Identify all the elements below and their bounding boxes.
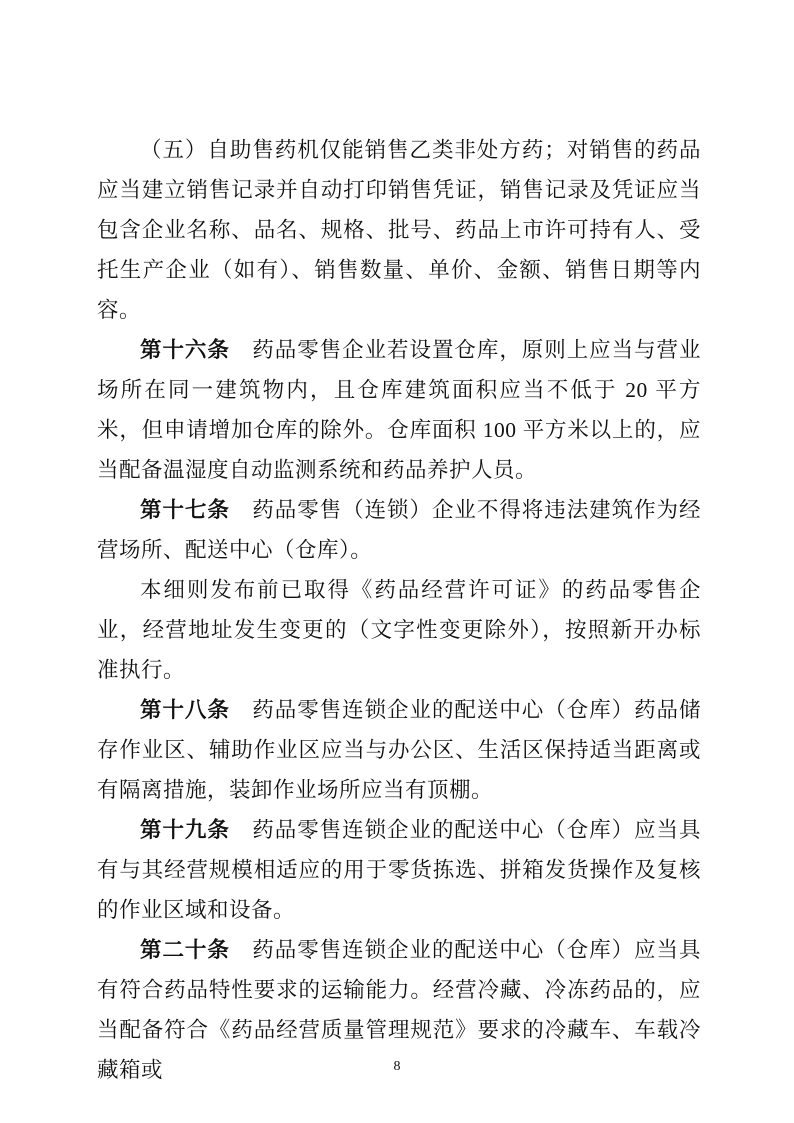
article-number: 第十六条 <box>140 338 230 362</box>
paragraph: 第十八条 药品零售连锁企业的配送中心（仓库）药品储存作业区、辅助作业区应当与办公… <box>97 690 701 810</box>
paragraph: 本细则发布前已取得《药品经营许可证》的药品零售企业，经营地址发生变更的（文字性变… <box>97 570 701 690</box>
paragraph: （五）自助售药机仅能销售乙类非处方药；对销售的药品应当建立销售记录并自动打印销售… <box>97 130 701 330</box>
document-page: （五）自助售药机仅能销售乙类非处方药；对销售的药品应当建立销售记录并自动打印销售… <box>0 0 794 1123</box>
article-number: 第二十条 <box>140 938 230 962</box>
paragraph: 第十六条 药品零售企业若设置仓库，原则上应当与营业场所在同一建筑物内，且仓库建筑… <box>97 330 701 490</box>
paragraph-text: 本细则发布前已取得《药品经营许可证》的药品零售企业，经营地址发生变更的（文字性变… <box>97 578 701 682</box>
page-number: 8 <box>394 1059 401 1074</box>
paragraph: 第十七条 药品零售（连锁）企业不得将违法建筑作为经营场所、配送中心（仓库）。 <box>97 490 701 570</box>
page-footer: 8 <box>0 1057 794 1075</box>
article-number: 第十七条 <box>140 498 230 522</box>
document-body: （五）自助售药机仅能销售乙类非处方药；对销售的药品应当建立销售记录并自动打印销售… <box>97 130 701 1090</box>
article-number: 第十九条 <box>140 818 230 842</box>
paragraph: 第十九条 药品零售连锁企业的配送中心（仓库）应当具有与其经营规模相适应的用于零货… <box>97 810 701 930</box>
article-number: 第十八条 <box>140 698 230 722</box>
paragraph-text: （五）自助售药机仅能销售乙类非处方药；对销售的药品应当建立销售记录并自动打印销售… <box>97 138 701 322</box>
